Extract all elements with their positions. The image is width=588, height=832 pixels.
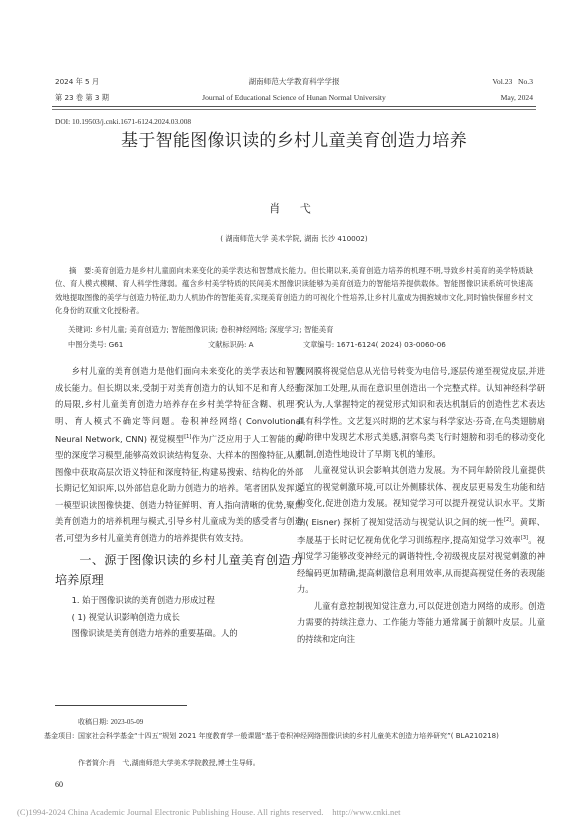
received-label: 收稿日期: — [78, 716, 108, 729]
header-rule — [52, 106, 536, 107]
header-date-en: May, 2024 — [501, 94, 533, 102]
document-code: 文献标识码: A — [208, 340, 254, 350]
section-heading: 一、源于图像识读的乡村儿童美育创造力培养原理 — [55, 550, 303, 590]
intro-text-cont: 作为广泛应用于人工智能的典型的深度学习模型,能够高效识读结构复杂、大样本的图像特… — [55, 434, 303, 543]
keywords-text: 乡村儿童; 美育创造力; 智能图像识读; 卷积神经网络; 深度学习; 智能美育 — [95, 325, 334, 334]
body-paragraph-2: 儿童视觉认识会影响其创造力发展。为不同年龄阶段儿童提供适宜的视觉刺激环境,可以让… — [297, 462, 545, 598]
left-column: 乡村儿童的美育创造力是他们面向未来变化的美学表达和智慧成长能力。但长期以来,受制… — [55, 363, 303, 642]
footnote-received: 收稿日期: 2023-05-09 — [78, 716, 143, 729]
author-name: 肖 弋 — [0, 200, 588, 216]
author-bio-label: 作者简介: — [78, 757, 108, 770]
abstract-text: 美育创造力是乡村儿童面向未来变化的美学表达和智慧成长能力。但长期以来,美育创造力… — [55, 266, 533, 315]
abstract: 摘 要:美育创造力是乡村儿童面向未来变化的美学表达和智慧成长能力。但长期以来,美… — [55, 264, 533, 317]
intro-paragraph: 乡村儿童的美育创造力是他们面向未来变化的美学表达和智慧成长能力。但长期以来,受制… — [55, 363, 303, 546]
keywords-label: 关键词: — [68, 325, 93, 334]
copyright-notice: (C)1994-2024 China Academic Journal Elec… — [17, 808, 401, 817]
author-bio: 肖 弋,湖南师范大学美术学院教授,博士生导师。 — [108, 759, 259, 767]
header-vol-no: Vol.23 No.3 — [492, 78, 533, 86]
subsection-heading: 1. 始于图像识读的美育创造力形成过程 — [55, 592, 303, 609]
body-paragraph-3: 儿童有意控制视知觉注意力,可以促进创造力网络的成形。创造力需要的持续注意力、工作… — [297, 598, 545, 648]
keywords: 关键词: 乡村儿童; 美育创造力; 智能图像识读; 卷积神经网络; 深度学习; … — [68, 324, 334, 335]
intro-text: 乡村儿童的美育创造力是他们面向未来变化的美学表达和智慧成长能力。但长期以来,受制… — [55, 366, 303, 444]
article-number: 文章编号: 1671-6124( 2024) 03-0060-06 — [303, 340, 446, 350]
author-affiliation: ( 湖南师范大学 美术学院, 湖南 长沙 410002) — [0, 234, 588, 244]
subsubsection-heading: ( 1) 视觉认识影响创造力成长 — [55, 609, 303, 626]
page-number: 60 — [55, 780, 63, 789]
footnote-author: 作者简介:肖 弋,湖南师范大学美术学院教授,博士生导师。 — [78, 757, 260, 770]
fund-text: 国家社会科学基金“十四五”规划 2021 年度教育学一般课题“基于卷积神经网络图… — [78, 732, 499, 740]
received-date: 2023-05-09 — [111, 718, 144, 726]
abstract-label: 摘 要: — [69, 266, 94, 275]
doi: DOI: 10.19503/j.cnki.1671-6124.2024.03.0… — [55, 118, 191, 125]
footnote-fund: 基金项目:国家社会科学基金“十四五”规划 2021 年度教育学一般课题“基于卷积… — [78, 730, 558, 743]
article-title: 基于智能图像识读的乡村儿童美育创造力培养 — [0, 126, 588, 151]
body-paragraph: 图像识读是美育创造力培养的重要基础。人的 — [55, 625, 303, 642]
body-paragraph-cont: 视网膜将视觉信息从光信号转变为电信号,逐层传递至视觉皮层,并进行深加工处理,从而… — [297, 363, 545, 462]
header-rule-thin — [52, 109, 536, 110]
citation-3[interactable]: [3] — [521, 535, 528, 541]
right-column: 视网膜将视觉信息从光信号转变为电信号,逐层传递至视觉皮层,并进行深加工处理,从而… — [297, 363, 545, 647]
footnote-rule — [55, 705, 187, 706]
clc-number: 中图分类号: G61 — [68, 340, 123, 350]
